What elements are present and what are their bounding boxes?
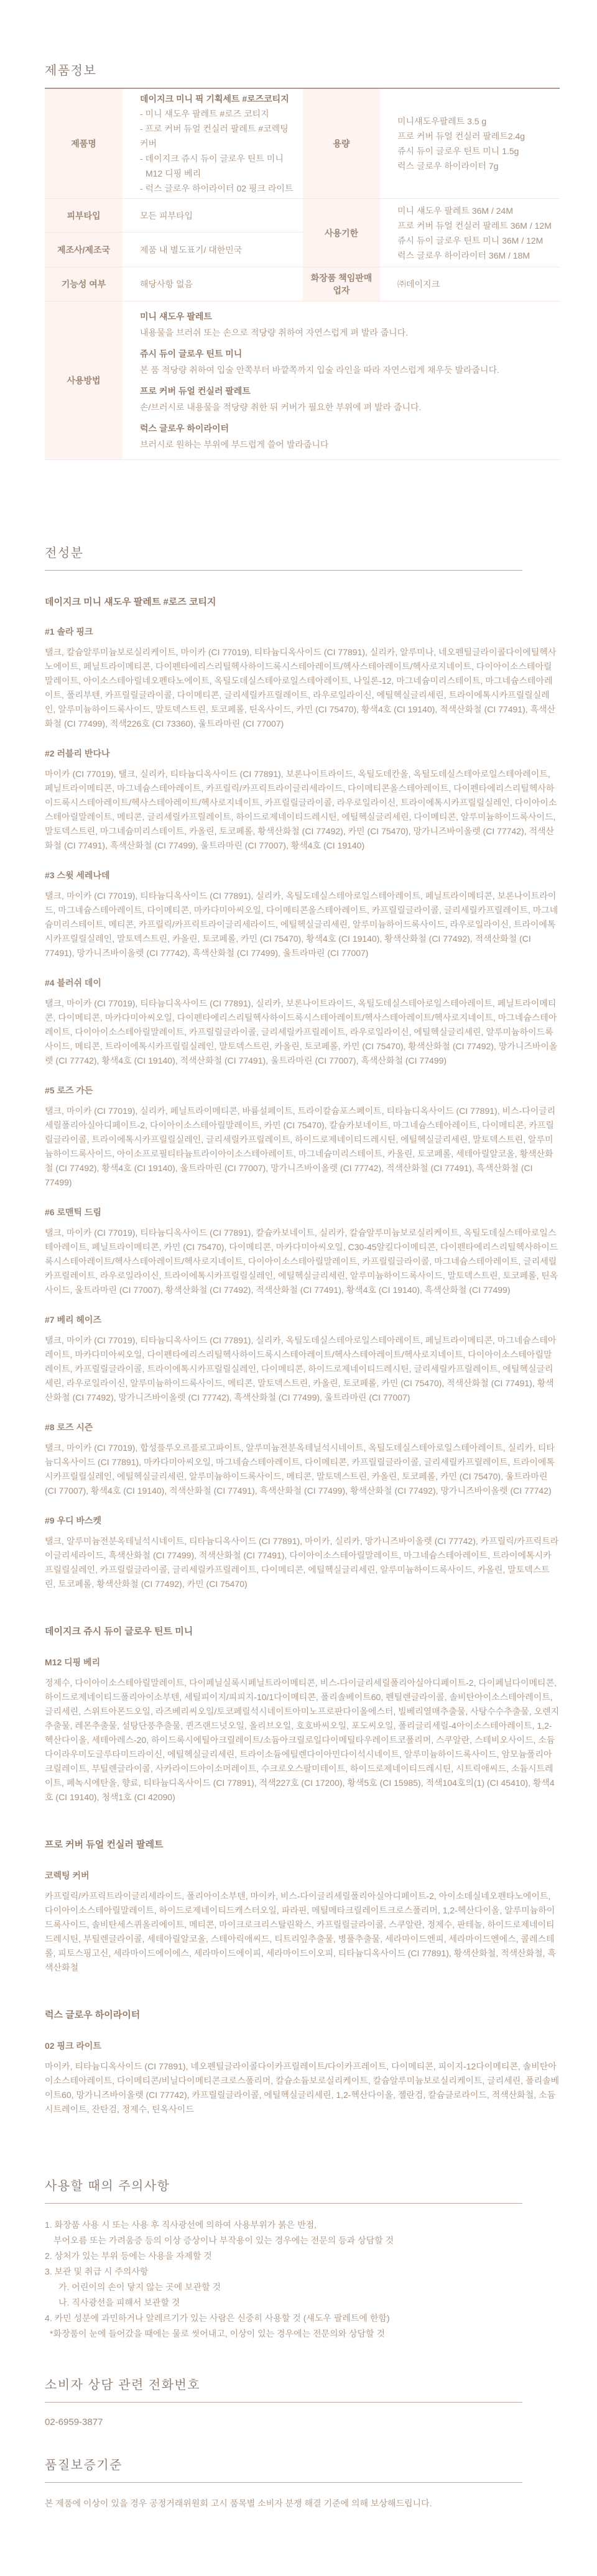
volume-item: 프로 커버 듀얼 컨실러 팔레트2.4g — [397, 129, 556, 144]
warranty-text: 본 제품에 이상이 있을 경우 공정거래위원회 고시 품목별 소비자 분쟁 해결… — [45, 2496, 560, 2511]
label-seller: 화장품 책임판매업자 — [303, 267, 380, 301]
label-functional: 기능성 여부 — [45, 267, 123, 301]
ingredient-paragraph: 정제수, 다이아이소스테아릴말레이트, 다이페닐실록시페닐트라이메티콘, 비스-… — [45, 1676, 560, 1805]
precaution-line: 1. 화장품 사용 시 또는 사용 후 직사광선에 의하여 사용부위가 붉은 반… — [45, 2217, 560, 2233]
ingredient-paragraph: 탤크, 마이카 (CI 77019), 실리카, 페닐트라이메티콘, 바륨설페이… — [45, 1104, 560, 1190]
product-item: M12 디핑 베리 — [140, 166, 299, 181]
product-item: - 데이지크 쥬시 듀이 글로우 틴트 미니 — [140, 151, 299, 166]
usage-product-text: 본 품 적당량 취하여 입술 안쪽부터 바깥쪽까지 입술 라인을 따라 자연스럽… — [140, 362, 556, 378]
volume-item: 쥬시 듀이 글로우 틴트 미니 1.5g — [397, 144, 556, 159]
usage-product-title: 럭스 글로우 하이라이터 — [140, 420, 556, 436]
product-set-name: 데이지크 미니 픽 기획세트 #로즈코티지 — [140, 91, 299, 106]
section-title-warranty: 품질보증기준 — [45, 2457, 560, 2474]
shade-name: #9 우디 바스켓 — [45, 1514, 560, 1527]
shade-name: 코렉팅 커버 — [45, 1869, 560, 1882]
ingredient-paragraph: 카프릴릭/카프릭트라이글리세라이드, 폴리아이소부텐, 마이카, 비스-다이글리… — [45, 1889, 560, 1975]
ingredient-paragraph: 탤크, 칼슘알루미늄보로실리케이트, 마이카 (CI 77019), 티타늄디옥… — [45, 645, 560, 731]
ingredients-section: 전성분 데이지크 미니 섀도우 팔레트 #로즈 코티지 #1 솔라 핑크 탤크,… — [45, 545, 560, 2117]
shade-name: #7 베리 헤이즈 — [45, 1313, 560, 1326]
usage-product-title: 쥬시 듀이 글로우 틴트 미니 — [140, 346, 556, 362]
value-product-name: 데이지크 미니 픽 기획세트 #로즈코티지 - 미니 섀도우 팔레트 #로즈 코… — [123, 89, 303, 199]
value-volume: 미니섀도우팔레트 3.5 g 프로 커버 듀얼 컨실러 팔레트2.4g 쥬시 듀… — [380, 89, 560, 199]
usage-product-text: 손/브러시로 내용물을 적당량 취한 뒤 커버가 필요한 부위에 펴 발라 줍니… — [140, 399, 556, 415]
ingredient-product-name: 럭스 글로우 하이라이터 — [45, 2008, 560, 2022]
expiry-item: 프로 커버 듀얼 컨실러 팔레트 36M / 12M — [397, 218, 556, 233]
ingredient-product-name: 프로 커버 듀얼 컨실러 팔레트 — [45, 1838, 560, 1852]
ingredient-paragraph: 탤크, 마이카 (CI 77019), 티타늄디옥사이드 (CI 77891),… — [45, 1226, 560, 1297]
contact-section: 소비자 상담 관련 전화번호 02-6959-3877 — [45, 2376, 560, 2429]
precaution-line: 나. 직사광선을 피해서 보관할 것 — [45, 2295, 560, 2311]
section-divider — [45, 570, 522, 571]
product-info-table: 제품명 데이지크 미니 픽 기획세트 #로즈코티지 - 미니 섀도우 팔레트 #… — [45, 88, 560, 460]
expiry-item: 럭스 글로우 하이라이터 36M / 18M — [397, 248, 556, 263]
ingredient-paragraph: 마이카, 티타늄디옥사이드 (CI 77891), 네오펜틸글라이콜다이카프릴레… — [45, 2059, 560, 2117]
label-skin-type: 피부타입 — [45, 199, 123, 232]
precaution-line: 4. 카민 성분에 과민하거나 알레르기가 있는 사람은 신중히 사용할 것 (… — [45, 2311, 560, 2326]
volume-item: 미니섀도우팔레트 3.5 g — [397, 114, 556, 129]
product-detail-page: 제품정보 제품명 데이지크 미니 픽 기획세트 #로즈코티지 - 미니 섀도우 … — [45, 62, 560, 2511]
product-info-section: 제품정보 제품명 데이지크 미니 픽 기획세트 #로즈코티지 - 미니 섀도우 … — [45, 62, 560, 460]
label-usage: 사용방법 — [45, 301, 123, 460]
value-expiry: 미니 섀도우 팔레트 36M / 24M 프로 커버 듀얼 컨실러 팔레트 36… — [380, 199, 560, 267]
ingredient-paragraph: 탤크, 마이카 (CI 77019), 티타늄디옥사이드 (CI 77891),… — [45, 1333, 560, 1405]
shade-name: #3 스윗 세레나데 — [45, 869, 560, 881]
customer-service-phone: 02-6959-3877 — [45, 2416, 560, 2429]
usage-product-title: 프로 커버 듀얼 컨실러 팔레트 — [140, 383, 556, 399]
expiry-item: 미니 섀도우 팔레트 36M / 24M — [397, 203, 556, 218]
shade-name: #6 로맨틱 드림 — [45, 1206, 560, 1218]
ingredient-paragraph: 탤크, 마이카 (CI 77019), 티타늄디옥사이드 (CI 77891),… — [45, 996, 560, 1068]
shade-name: #4 블러쉬 데이 — [45, 977, 560, 989]
value-usage: 미니 섀도우 팔레트 내용물을 브러쉬 또는 손으로 적당량 취하여 자연스럽게… — [123, 301, 560, 460]
label-product-name: 제품명 — [45, 89, 123, 199]
product-item: - 럭스 글로우 하이라이터 02 핑크 라이트 — [140, 181, 299, 196]
ingredient-paragraph: 탤크, 마이카 (CI 77019), 티타늄디옥사이드 (CI 77891),… — [45, 889, 560, 960]
value-functional: 해당사항 없음 — [123, 267, 303, 301]
precaution-line: 3. 보관 및 취급 시 주의사항 — [45, 2264, 560, 2279]
precaution-line: 부어오름 또는 가려움증 등의 이상 증상이나 부작용이 있는 경우에는 전문의… — [45, 2233, 560, 2248]
section-title-ingredients: 전성분 — [45, 545, 560, 562]
ingredient-paragraph: 마이카 (CI 77019), 탤크, 실리카, 티타늄디옥사이드 (CI 77… — [45, 767, 560, 853]
volume-item: 럭스 글로우 하이라이터 7g — [397, 159, 556, 173]
precaution-line: 가. 어린이의 손이 닿지 않는 곳에 보관할 것 — [45, 2279, 560, 2295]
ingredient-product-name: 데이지크 미니 섀도우 팔레트 #로즈 코티지 — [45, 596, 560, 609]
expiry-item: 쥬시 듀이 글로우 틴트 미니 36M / 12M — [397, 233, 556, 248]
shade-name: #8 로즈 시즌 — [45, 1421, 560, 1433]
value-manufacturer: 제품 내 별도표기/ 대한민국 — [123, 232, 303, 267]
precautions-list: 1. 화장품 사용 시 또는 사용 후 직사광선에 의하여 사용부위가 붉은 반… — [45, 2217, 560, 2342]
shade-name: 02 핑크 라이트 — [45, 2040, 560, 2052]
product-item: - 미니 섀도우 팔레트 #로즈 코티지 — [140, 106, 299, 121]
usage-product-text: 내용물을 브러쉬 또는 손으로 적당량 취하여 자연스럽게 펴 발라 줍니다. — [140, 324, 556, 341]
section-divider — [45, 2482, 522, 2483]
precautions-section: 사용할 때의 주의사항 1. 화장품 사용 시 또는 사용 후 직사광선에 의하… — [45, 2178, 560, 2342]
label-volume: 용량 — [303, 89, 380, 199]
usage-product-text: 브러시로 원하는 부위에 부드럽게 쓸어 발라줍니다 — [140, 436, 556, 453]
precaution-line: *화장품이 눈에 들어갔을 때에는 물로 씻어내고, 이상이 있는 경우에는 전… — [45, 2326, 560, 2342]
shade-name: #2 러블리 반다나 — [45, 747, 560, 760]
label-manufacturer: 제조사/제조국 — [45, 232, 123, 267]
ingredient-product-name: 데이지크 쥬시 듀이 글로우 틴트 미니 — [45, 1625, 560, 1639]
value-skin-type: 모든 피부타입 — [123, 199, 303, 232]
product-item: - 프로 커버 듀얼 컨실러 팔레트 #코렉팅 커버 — [140, 121, 299, 151]
ingredient-paragraph: 탤크, 알루미늄전분옥테닐석시네이트, 티타늄디옥사이드 (CI 77891),… — [45, 1534, 560, 1591]
ingredient-paragraph: 탤크, 마이카 (CI 77019), 합성플루오르플로고파이트, 알루미늄전분… — [45, 1441, 560, 1498]
section-title-product-info: 제품정보 — [45, 62, 560, 80]
precaution-line: 2. 상처가 있는 부위 등에는 사용을 자제할 것 — [45, 2248, 560, 2264]
label-expiry: 사용기한 — [303, 199, 380, 267]
warranty-section: 품질보증기준 본 제품에 이상이 있을 경우 공정거래위원회 고시 품목별 소비… — [45, 2457, 560, 2511]
value-seller: ㈜데이지크 — [380, 267, 560, 301]
section-title-precautions: 사용할 때의 주의사항 — [45, 2178, 560, 2195]
section-divider — [45, 2402, 522, 2403]
usage-product-title: 미니 섀도우 팔레트 — [140, 308, 556, 324]
section-divider — [45, 2203, 522, 2204]
shade-name: #5 로즈 가든 — [45, 1084, 560, 1097]
shade-name: #1 솔라 핑크 — [45, 625, 560, 638]
section-title-contact: 소비자 상담 관련 전화번호 — [45, 2376, 560, 2394]
shade-name: M12 디핑 베리 — [45, 1656, 560, 1668]
